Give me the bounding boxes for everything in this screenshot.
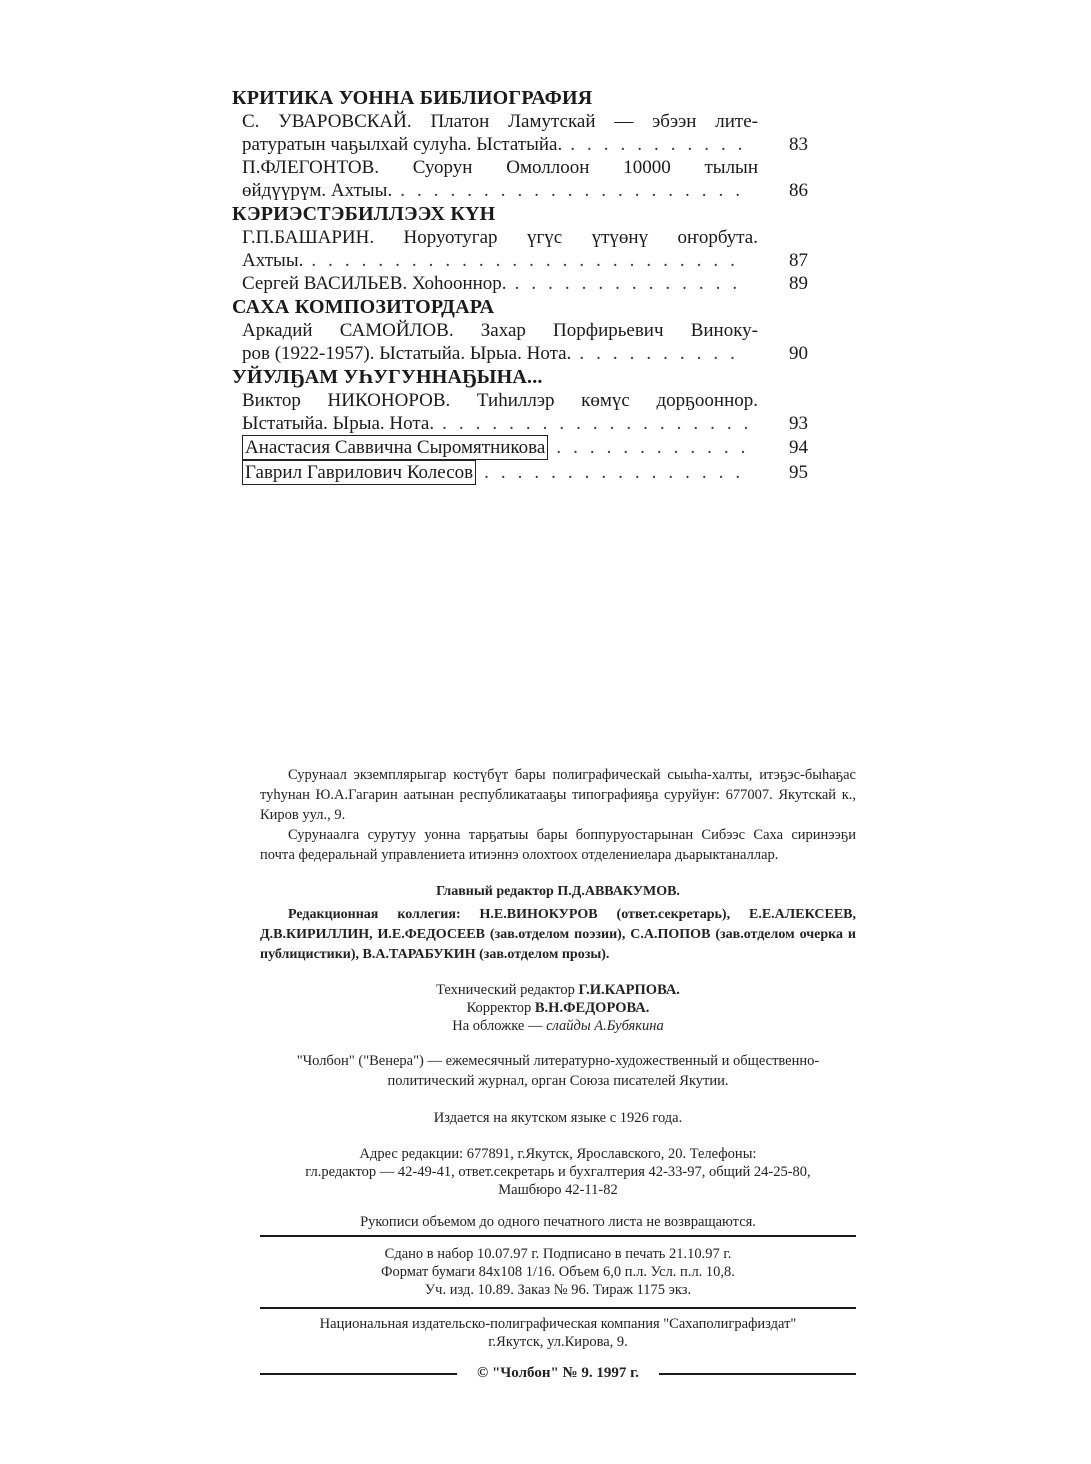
toc-entry[interactable]: Анастасия Саввична Сыромятникова........… xyxy=(242,435,812,460)
toc-entry-title-line-1: П.ФЛЕГОНТОВ. Суорун Омоллоон 10000 тылын xyxy=(242,156,758,179)
dot-leader: .............................. xyxy=(562,133,748,156)
editorial-board-text: Редакционная коллегия: Н.Е.ВИНОКУРОВ (от… xyxy=(260,905,856,965)
toc-entry-title: Анастасия Саввична Сыромятникова xyxy=(242,435,548,460)
distribution-note-1: Сурунаал экземплярыгар костүбүт бары пол… xyxy=(260,765,856,825)
chief-editor: Главный редактор П.Д.АВВАКУМОВ. xyxy=(260,883,856,901)
divider xyxy=(260,1235,856,1237)
address-line-2: гл.редактор — 42-49-41, ответ.секретарь … xyxy=(246,1163,870,1181)
publication-since: Издается на якутском языке с 1926 года. xyxy=(260,1109,856,1127)
toc-entry-title-line-1: Аркадий САМОЙЛОВ. Захар Порфирьевич Вино… xyxy=(242,319,758,342)
toc-entry[interactable]: Гаврил Гаврилович Колесов...............… xyxy=(242,460,812,485)
toc-section-title: УЙУЛҔАМ УҺУГУННАҔЫНА... xyxy=(232,365,812,389)
corrector-label: Корректор xyxy=(467,1000,532,1016)
print-line-2: Формат бумаги 84х108 1/16. Объем 6,0 п.л… xyxy=(260,1263,856,1281)
colophon: Сурунаал экземплярыгар костүбүт бары пол… xyxy=(260,765,856,1382)
toc-entry-title: Гаврил Гаврилович Колесов xyxy=(242,460,476,485)
print-details: Сдано в набор 10.07.97 г. Подписано в пе… xyxy=(260,1245,856,1299)
toc-entry-title: Сергей ВАСИЛЬЕВ. Хоһооннор. xyxy=(242,272,507,295)
toc-entry[interactable]: Аркадий САМОЙЛОВ. Захар Порфирьевич Вино… xyxy=(242,319,812,365)
cover-credit: На обложке — слайды А.Бубякина xyxy=(260,1017,856,1035)
toc-entry-title: ратуратын чаҕылхай сулуһа. Ыстатыйа. xyxy=(242,133,562,156)
address-line-3: Машбюро 42-11-82 xyxy=(260,1181,856,1199)
distribution-note-2: Сурунаалга сурутуу уонна тарҕатыы бары б… xyxy=(260,825,856,865)
toc-entry-title: ров (1922-1957). Ыстатыйа. Ырыа. Нота. xyxy=(242,342,571,365)
toc-page-number: 93 xyxy=(748,412,812,435)
toc-entry-title-line-1: Виктор НИКОНОРОВ. Тиһиллэр көмүс дорҕоон… xyxy=(242,389,758,412)
toc-entry[interactable]: Виктор НИКОНОРОВ. Тиһиллэр көмүс дорҕоон… xyxy=(242,389,812,435)
copyright-line: © "Чолбон" № 9. 1997 г. xyxy=(260,1365,856,1382)
toc-page-number: 86 xyxy=(748,179,812,202)
address-line-1: Адрес редакции: 677891, г.Якутск, Яросла… xyxy=(260,1145,856,1163)
publisher: Национальная издательско-полиграфическая… xyxy=(260,1315,856,1351)
tech-editor: Технический редактор Г.И.КАРПОВА. xyxy=(260,981,856,999)
dot-leader: .............................. xyxy=(571,342,748,365)
editorial-address: Адрес редакции: 677891, г.Якутск, Яросла… xyxy=(260,1145,856,1199)
manuscripts-note: Рукописи объемом до одного печатного лис… xyxy=(260,1213,856,1231)
dot-leader: .............................. xyxy=(434,412,748,435)
print-line-3: Уч. изд. 10.89. Заказ № 96. Тираж 1175 э… xyxy=(260,1281,856,1299)
editorial-board: Редакционная коллегия: Н.Е.ВИНОКУРОВ (от… xyxy=(260,905,856,965)
cover-credit-name: слайды А.Бубякина xyxy=(546,1018,664,1034)
toc-entry[interactable]: П.ФЛЕГОНТОВ. Суорун Омоллоон 10000 тылын… xyxy=(242,156,812,202)
toc-page-number: 83 xyxy=(748,133,812,156)
dot-leader: .............................. xyxy=(303,249,748,272)
toc-entry-title: өйдүүрүм. Ахтыы. xyxy=(242,179,392,202)
dot-leader: .............................. xyxy=(392,179,748,202)
toc-section-title: КЭРИЭСТЭБИЛЛЭЭХ КҮН xyxy=(232,202,812,226)
dot-leader: .............................. xyxy=(476,461,748,484)
toc-entry-title: Ыстатыйа. Ырыа. Нота. xyxy=(242,412,434,435)
toc-page-number: 90 xyxy=(748,342,812,365)
chief-editor-label: Главный редактор xyxy=(436,884,554,899)
toc-page-number: 89 xyxy=(748,272,812,295)
print-line-1: Сдано в набор 10.07.97 г. Подписано в пе… xyxy=(260,1245,856,1263)
chief-editor-name: П.Д.АВВАКУМОВ. xyxy=(557,884,680,899)
tech-editor-name: Г.И.КАРПОВА. xyxy=(579,982,680,998)
toc-page-number: 95 xyxy=(748,461,812,484)
publisher-name: Национальная издательско-полиграфическая… xyxy=(260,1315,856,1333)
table-of-contents: КРИТИКА УОННА БИБЛИОГРАФИЯС. УВАРОВСКАЙ.… xyxy=(232,86,812,485)
toc-entry[interactable]: Сергей ВАСИЛЬЕВ. Хоһооннор..............… xyxy=(242,272,812,295)
toc-page-number: 87 xyxy=(748,249,812,272)
toc-entry[interactable]: С. УВАРОВСКАЙ. Платон Ламутскай — эбээн … xyxy=(242,110,812,156)
dot-leader: .............................. xyxy=(548,436,748,459)
corrector: Корректор В.Н.ФЕДОРОВА. xyxy=(260,999,856,1017)
divider xyxy=(659,1373,856,1375)
divider xyxy=(260,1373,457,1375)
toc-section-title: КРИТИКА УОННА БИБЛИОГРАФИЯ xyxy=(232,86,812,110)
toc-section-title: САХА КОМПОЗИТОРДАРА xyxy=(232,295,812,319)
divider xyxy=(260,1307,856,1309)
corrector-name: В.Н.ФЕДОРОВА. xyxy=(535,1000,650,1016)
dot-leader: .............................. xyxy=(507,272,748,295)
toc-entry[interactable]: Г.П.БАШАРИН. Норуотугар үгүс үтүөнү оҥор… xyxy=(242,226,812,272)
journal-description: "Чолбон" ("Венера") — ежемесячный литера… xyxy=(260,1051,856,1091)
publisher-address: г.Якутск, ул.Кирова, 9. xyxy=(260,1333,856,1351)
copyright-text: © "Чолбон" № 9. 1997 г. xyxy=(477,1365,639,1382)
toc-entry-title-line-1: Г.П.БАШАРИН. Норуотугар үгүс үтүөнү оҥор… xyxy=(242,226,758,249)
toc-entry-title-line-1: С. УВАРОВСКАЙ. Платон Ламутскай — эбээн … xyxy=(242,110,758,133)
toc-page-number: 94 xyxy=(748,436,812,459)
cover-label: На обложке — xyxy=(452,1018,542,1034)
toc-entry-title: Ахтыы. xyxy=(242,249,303,272)
credits: Технический редактор Г.И.КАРПОВА. Коррек… xyxy=(260,981,856,1035)
tech-editor-label: Технический редактор xyxy=(436,982,575,998)
